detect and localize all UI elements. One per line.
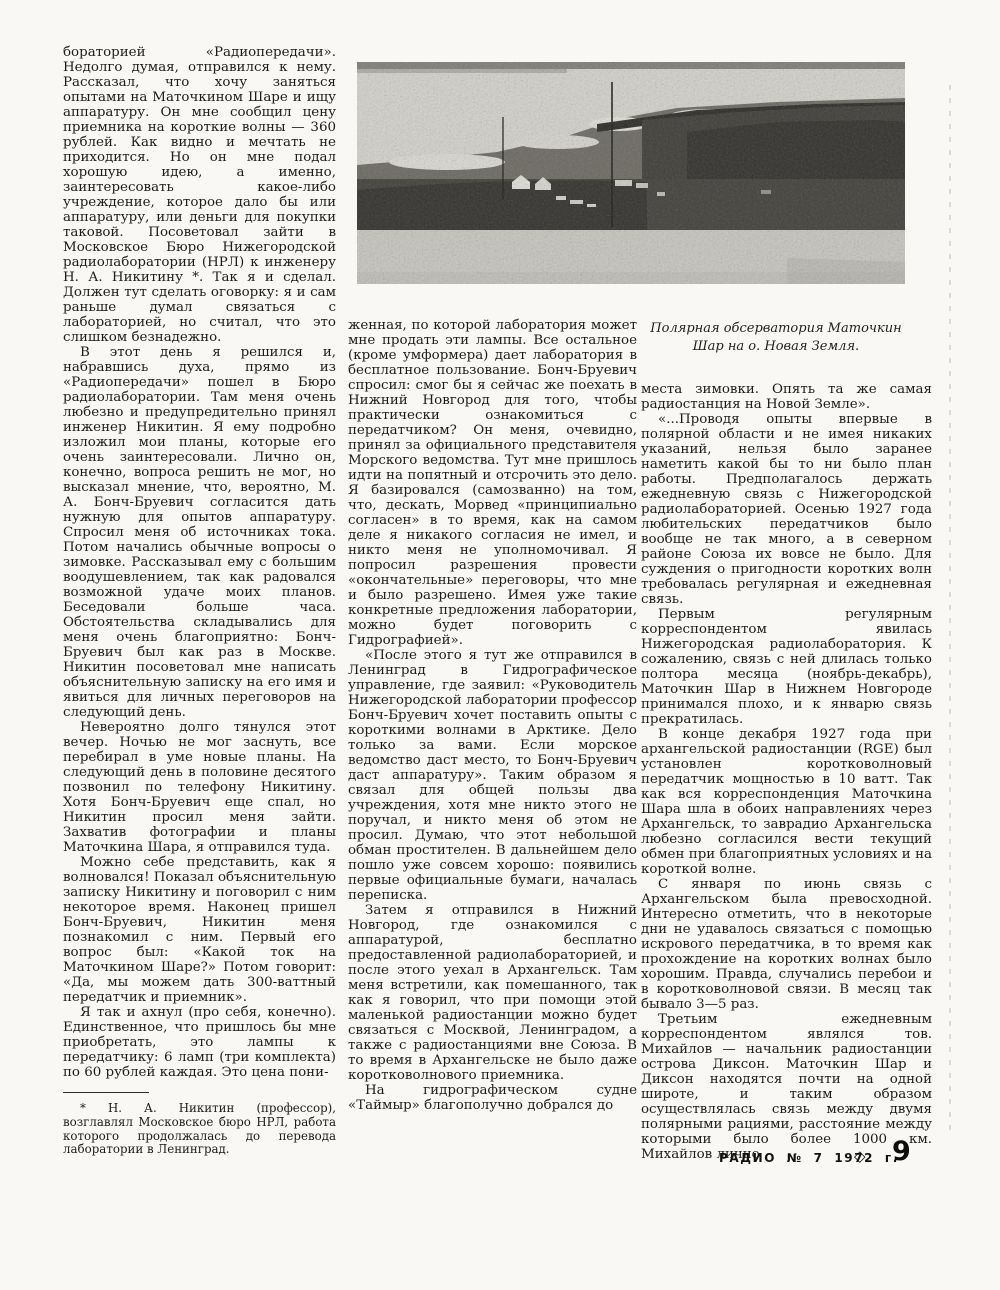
page-number: 9	[892, 1136, 911, 1167]
paragraph: Невероятно долго тянулся этот вечер. Ноч…	[63, 720, 336, 855]
paragraph: Затем я отправился в Нижний Новгород, гд…	[348, 903, 637, 1083]
paragraph: С января по июнь связь с Архангельском б…	[641, 877, 932, 1012]
paragraph: Первым регулярным корреспондентом явилас…	[641, 607, 932, 727]
column-middle: женная, по которой лаборатория может мне…	[348, 318, 637, 1113]
paragraph: На гидрографическом судне «Таймыр» благо…	[348, 1083, 637, 1113]
diamond-icon: ◇	[854, 1147, 866, 1165]
footnote-rule	[63, 1092, 149, 1093]
paragraph: В этот день я решился и, набравшись духа…	[63, 345, 336, 720]
paragraph: женная, по которой лаборатория может мне…	[348, 318, 637, 648]
paragraph: «После этого я тут же отправился в Ленин…	[348, 648, 637, 903]
magazine-page: Полярная обсерватория Маточкин Шар на о.…	[0, 0, 1000, 1290]
column-left: бораторией «Радиопередачи». Недолго дума…	[63, 45, 336, 1157]
photo-caption: Полярная обсерватория Маточкин Шар на о.…	[645, 320, 907, 355]
footnote: * Н. А. Никитин (профессор), возглавлял …	[63, 1102, 336, 1157]
column-right: места зимовки. Опять та же самая радиост…	[641, 382, 932, 1162]
observatory-photo	[357, 62, 905, 284]
paragraph: «...Проводя опыты впервые в полярной обл…	[641, 412, 932, 607]
paragraph: Я так и ахнул (про себя, конечно). Единс…	[63, 1005, 336, 1080]
journal-issue-line: РАДИО № 7 1972 г.	[719, 1151, 899, 1165]
paragraph: Можно себе представить, как я волновался…	[63, 855, 336, 1005]
observatory-photo-art	[357, 62, 905, 284]
scan-artifact-line	[949, 85, 951, 1130]
paragraph: Третьим ежедневным корреспондентом являл…	[641, 1012, 932, 1162]
paragraph: бораторией «Радиопередачи». Недолго дума…	[63, 45, 336, 345]
paragraph: В конце декабря 1927 года при архангельс…	[641, 727, 932, 877]
paragraph: места зимовки. Опять та же самая радиост…	[641, 382, 932, 412]
